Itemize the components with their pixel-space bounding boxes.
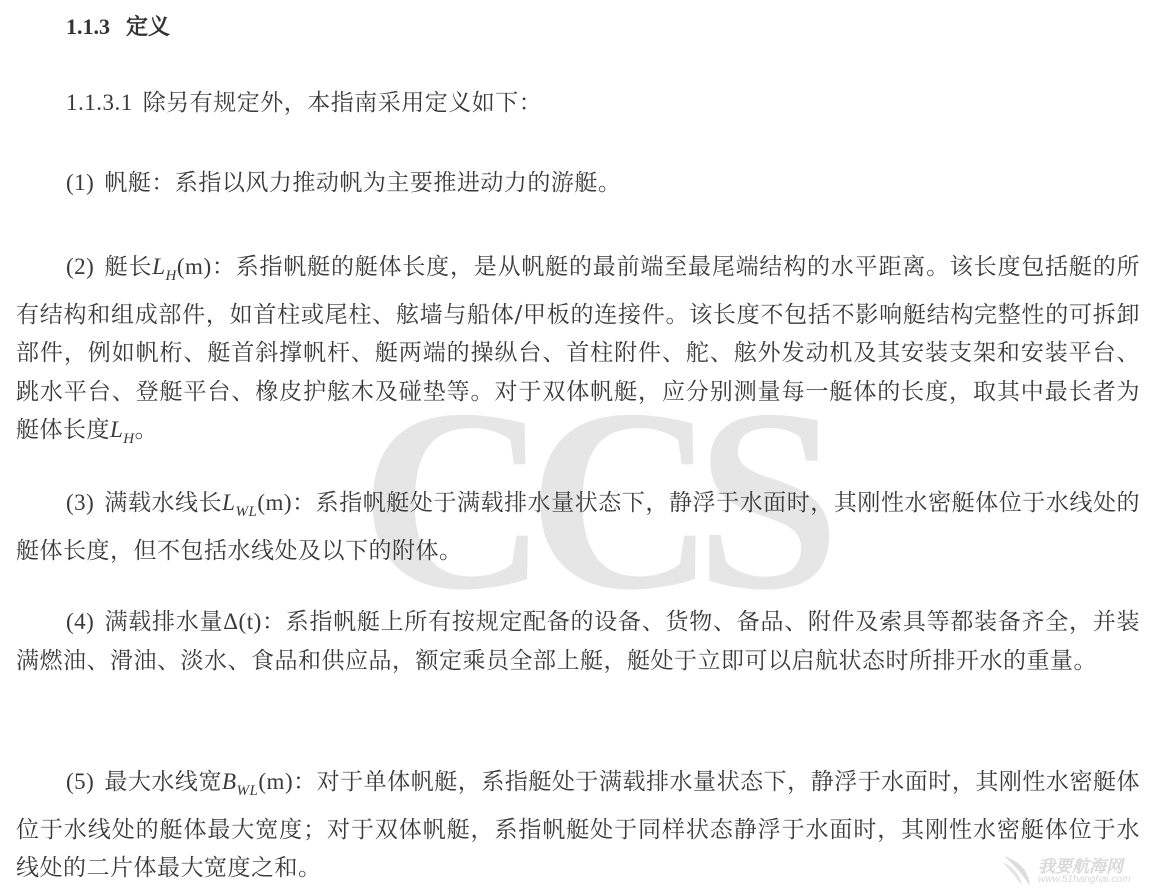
definition-lead: (2) [66,254,94,279]
definition-symbol: BWL [222,769,258,794]
definition-symbol: LH [152,254,177,279]
definition-lead: (5) [66,769,94,794]
definition-unit: (m) [258,769,293,794]
section-title: 定义 [126,14,170,40]
definition-term: 艇长 [104,254,152,280]
definition-term: 满载水线长 [104,490,222,516]
section-heading: 1.1.3定义 [66,10,170,41]
definition-unit: (m) [177,254,212,279]
section-number: 1.1.3 [66,14,110,39]
definition-body: ：系指帆艇的艇体长度，是从帆艇的最前端至最尾端结构的水平距离。该长度包括艇的所有… [16,254,1140,443]
definition-term: 最大水线宽 [104,769,222,795]
definition-4: (4)满载排水量Δ(t)：系指帆艇上所有按规定配备的设备、货物、备品、附件及索具… [16,603,1140,680]
definition-term: 帆艇 [104,170,151,196]
definition-2: (2)艇长LH(m)：系指帆艇的艇体长度，是从帆艇的最前端至最尾端结构的水平距离… [16,248,1140,459]
intro-number: 1.1.3.1 [66,90,133,115]
definition-symbol: LWL [222,490,257,515]
definition-3: (3)满载水线长LWL(m)：系指帆艇处于满载排水量状态下，静浮于水面时，其刚性… [16,484,1140,570]
intro-text: 除另有规定外，本指南采用定义如下： [143,90,543,116]
definition-unit: (m) [257,490,292,515]
definition-body: ：系指以风力推动帆为主要推进动力的游艇。 [151,170,621,196]
definition-5: (5)最大水线宽BWL(m)：对于单体帆艇，系指艇处于满载排水量状态下，静浮于水… [16,763,1140,888]
definition-term: 满载排水量 [104,609,223,635]
definition-unit: Δ(t) [223,609,262,634]
definition-lead: (1) [66,170,94,195]
definition-tail-symbol: LH [110,417,135,442]
definition-lead: (4) [66,609,94,634]
definition-tail-end: 。 [135,417,159,443]
definition-lead: (3) [66,490,94,515]
intro-paragraph: 1.1.3.1除另有规定外，本指南采用定义如下： [16,84,1140,123]
definition-1: (1)帆艇：系指以风力推动帆为主要推进动力的游艇。 [16,164,1140,203]
